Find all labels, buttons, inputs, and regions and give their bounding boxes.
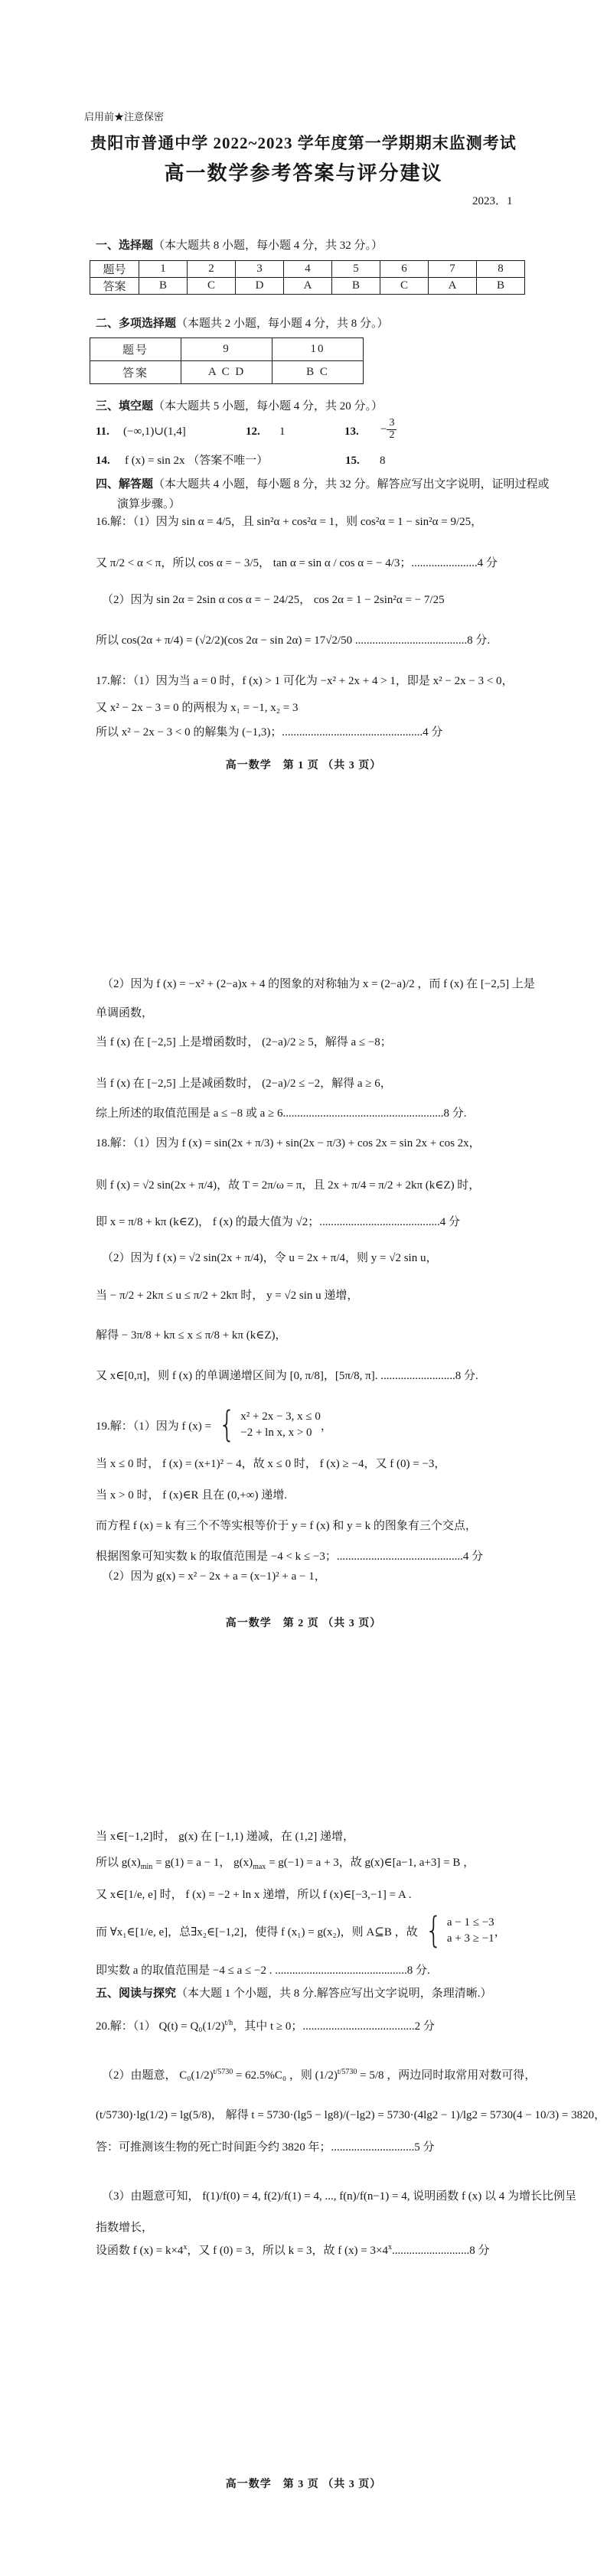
text-part: 设函数 f (x) = k×4 [96, 2245, 183, 2257]
answer-cell: A C D [181, 361, 272, 384]
piecewise-prefix: 19.解：（1）因为 f (x) = [96, 1417, 211, 1433]
question-number: 8 [477, 261, 525, 278]
fraction-numerator: 3 [387, 418, 397, 430]
answer-cell: B C [272, 361, 364, 384]
inequality-system-line: 而 ∀x₁∈[1/e, e]，总∃x₂∈[−1,2]，使得 f (x₁) = g… [96, 1915, 506, 1947]
solution-line: 当 − π/2 + 2kπ ≤ u ≤ π/2 + 2kπ 时， y = √2 … [96, 1288, 358, 1303]
solution-line: (t/5730)·lg(1/2) = lg(5/8)， 解得 t = 5730·… [96, 2108, 605, 2123]
section-1-title: 一、选择题 [96, 240, 153, 252]
section-4-subtext: （本大题共 4 小题，每小题 8 分，共 32 分。解答应写出文字说明，证明过程… [153, 478, 550, 491]
blank-12-number: 12. [246, 424, 260, 439]
text-part: = g(1) = a − 1， g(x) [152, 1857, 253, 1869]
section-5-title: 五、阅读与探究 [96, 1987, 176, 2000]
section-3-subtext: （本大题共 5 小题，每小题 4 分，共 20 分。） [153, 400, 383, 412]
answer-cell: A [429, 278, 477, 295]
single-choice-answer-table: 题号 1 2 3 4 5 6 7 8 答案 B C D A B C A B [90, 260, 525, 295]
answer-cell: C [380, 278, 429, 295]
question-number: 6 [380, 261, 429, 278]
page-2-footer: 高一数学 第 2 页 （共 3 页） [0, 1615, 607, 1630]
question-number: 9 [181, 338, 272, 361]
blank-11-number: 11. [96, 424, 109, 439]
solution-line-exponent: 设函数 f (x) = k×4x，又 f (0) = 3，所以 k = 3，故 … [96, 2243, 489, 2258]
piecewise-cases: x² + 2x − 3, x ≤ 0 −2 + ln x, x > 0 [240, 1409, 321, 1441]
text-part: = g(−1) = a + 3，故 g(x)∈[a−1, a+3] = B ， [266, 1857, 475, 1869]
text-part: = 5/8 ，两边同时取常用对数可得， [357, 2069, 536, 2082]
solution-line: 综上所述的取值范围是 a ≤ −8 或 a ≥ 6...............… [96, 1106, 467, 1121]
solution-line: 又 π/2 < α < π，所以 cos α = − 3/5， tan α = … [96, 556, 498, 571]
solution-line-exponent: （2）由题意， C₀(1/2)t/5730 = 62.5%C₀ ，则 (1/2)… [102, 2068, 536, 2083]
solution-line: （2）因为 g(x) = x² − 2x + a = (x−1)² + a − … [102, 1569, 326, 1584]
answer-key-document: 启用前★注意保密 贵阳市普通中学 2022~2023 学年度第一学期期末监测考试… [0, 0, 607, 2576]
answer-label: 答案 [90, 361, 181, 384]
solution-line: 而方程 f (x) = k 有三个不等实根等价于 y = f (x) 和 y =… [96, 1518, 477, 1534]
exam-title: 贵阳市普通中学 2022~2023 学年度第一学期期末监测考试 [0, 131, 607, 154]
exponent: t/h [225, 2019, 233, 2027]
solution-line: 又 x∈[1/e, e] 时， f (x) = −2 + ln x 递增，所以 … [96, 1887, 412, 1903]
blank-13-number: 13. [344, 424, 359, 439]
text-part: 所以 g(x) [96, 1857, 141, 1869]
question-number: 10 [272, 338, 364, 361]
solution-line: 指数增长， [96, 2220, 153, 2235]
security-notice: 启用前★注意保密 [84, 110, 164, 123]
section-3-heading: 三、填空题（本大题共 5 小题，每小题 4 分，共 20 分。） [96, 399, 383, 414]
solution-line-exponent: 20.解：（1） Q(t) = Q₀(1/2)t/h，其中 t ≥ 0；....… [96, 2019, 435, 2034]
text-part: = 62.5%C₀ ，则 (1/2) [233, 2069, 338, 2082]
system-case-top: a − 1 ≤ −3 [447, 1915, 494, 1931]
solution-line: 则 f (x) = √2 sin(2x + π/4)，故 T = 2π/ω = … [96, 1178, 480, 1193]
page-3-footer: 高一数学 第 3 页 （共 3 页） [0, 2476, 607, 2491]
solution-line: 17.解：（1）因为当 a = 0 时，f (x) > 1 可化为 −x² + … [96, 673, 514, 689]
answer-cell: A [284, 278, 332, 295]
text-part: ...........................8 分 [392, 2245, 490, 2257]
minus-sign: − [380, 422, 387, 437]
section-1-heading: 一、选择题（本大题共 8 小题，每小题 4 分，共 32 分。） [96, 238, 383, 253]
solution-line: 当 f (x) 在 [−2,5] 上是增函数时， (2−a)/2 ≥ 5，解得 … [96, 1035, 392, 1050]
solution-line: 当 x > 0 时， f (x)∈R 且在 (0,+∞) 递增. [96, 1488, 287, 1503]
piecewise-case-bottom: −2 + ln x, x > 0 [240, 1425, 321, 1441]
answer-cell: C [188, 278, 236, 295]
answer-cell: B [139, 278, 188, 295]
text-part: ，其中 t ≥ 0；..............................… [233, 2020, 435, 2033]
left-brace: { [219, 1409, 236, 1440]
solution-line: 又 x∈[0,π]，则 f (x) 的单调递增区间为 [0, π/8]，[5π/… [96, 1368, 478, 1384]
subscript-max: max [253, 1863, 266, 1871]
solution-line: （2）因为 f (x) = √2 sin(2x + π/4)，令 u = 2x … [102, 1251, 437, 1266]
table-row: 题号 9 10 [90, 338, 364, 361]
section-4-title: 四、解答题 [96, 478, 153, 491]
exponent: t/5730 [214, 2068, 233, 2076]
section-2-heading: 二、多项选择题（本题共 2 小题，每小题 4 分，共 8 分。） [96, 316, 389, 331]
system-suffix: ， [494, 1923, 506, 1939]
section-4-heading-cont: 演算步骤。） [117, 497, 181, 512]
fraction-denominator: 2 [387, 430, 397, 442]
solution-line: 所以 x² − 2x − 3 < 0 的解集为 (−1,3)；.........… [96, 725, 442, 740]
piecewise-suffix: ， [321, 1417, 332, 1433]
system-prefix: 而 ∀x₁∈[1/e, e]，总∃x₂∈[−1,2]，使得 f (x₁) = g… [96, 1923, 418, 1939]
solution-line: 16.解：（1）因为 sin α = 4/5，且 sin²α + cos²α =… [96, 514, 482, 530]
exponent: t/5730 [338, 2068, 357, 2076]
subscript-min: min [141, 1863, 153, 1871]
blank-11-answer: (−∞,1)∪(1,4] [123, 424, 186, 439]
solution-line-minmax: 所以 g(x)min = g(1) = a − 1， g(x)max = g(−… [96, 1855, 475, 1870]
blank-14-number: 14. [96, 453, 110, 468]
question-number: 1 [139, 261, 188, 278]
blank-15-number: 15. [345, 453, 360, 468]
table-row: 答案 A C D B C [90, 361, 364, 384]
table-row: 题号 1 2 3 4 5 6 7 8 [90, 261, 525, 278]
exam-date: 2023．1 [472, 194, 513, 209]
question-number: 4 [284, 261, 332, 278]
question-number: 5 [332, 261, 380, 278]
solution-line: 答：可推测该生物的死亡时间距今约 3820 年；................… [96, 2140, 435, 2155]
section-3-title: 三、填空题 [96, 400, 153, 412]
answer-cell: B [477, 278, 525, 295]
piecewise-function-line: 19.解：（1）因为 f (x) = { x² + 2x − 3, x ≤ 0 … [96, 1409, 332, 1441]
section-2-title: 二、多项选择题 [96, 318, 176, 330]
solution-line: （2）因为 sin 2α = 2sin α cos α = − 24/25， c… [102, 592, 445, 608]
section-5-heading: 五、阅读与探究（本大题 1 个小题，共 8 分.解答应写出文字说明，条理清晰.） [96, 1986, 492, 2001]
blank-15-answer: 8 [380, 453, 386, 468]
solution-line: 18.解：（1）因为 f (x) = sin(2x + π/3) + sin(2… [96, 1136, 481, 1151]
question-number: 2 [188, 261, 236, 278]
solution-line: 当 x∈[−1,2]时， g(x) 在 [−1,1) 递减，在 (1,2] 递增… [96, 1829, 354, 1844]
fraction: 32 [387, 418, 397, 441]
blank-12-answer: 1 [279, 424, 286, 439]
text-part: ，又 f (0) = 3，所以 k = 3，故 f (x) = 3×4 [187, 2245, 388, 2257]
blank-13-answer: −32 [380, 418, 397, 441]
question-number: 3 [236, 261, 284, 278]
answer-cell: B [332, 278, 380, 295]
text-part: 20.解：（1） Q(t) = Q₀(1/2) [96, 2020, 225, 2033]
answer-cell: D [236, 278, 284, 295]
solution-line: 解得 − 3π/8 + kπ ≤ x ≤ π/8 + kπ (k∈Z)， [96, 1328, 286, 1343]
solution-line: 单调函数， [96, 1006, 153, 1021]
blank-14-answer: f (x) = sin 2x （答案不唯一） [125, 453, 268, 468]
question-number: 7 [429, 261, 477, 278]
left-brace: { [425, 1915, 442, 1946]
answer-label: 答案 [90, 278, 139, 295]
system-cases: a − 1 ≤ −3 a + 3 ≥ −1 [447, 1915, 494, 1947]
solution-line: 所以 cos(2α + π/4) = (√2/2)(cos 2α − sin 2… [96, 633, 490, 648]
solution-line: 当 x ≤ 0 时， f (x) = (x+1)² − 4，故 x ≤ 0 时，… [96, 1456, 445, 1472]
page-1-footer: 高一数学 第 1 页 （共 3 页） [0, 757, 607, 772]
section-5-subtext: （本大题 1 个小题，共 8 分.解答应写出文字说明，条理清晰.） [176, 1987, 492, 2000]
answer-key-title: 高一数学参考答案与评分建议 [0, 158, 607, 186]
multi-choice-answer-table: 题号 9 10 答案 A C D B C [90, 337, 364, 384]
solution-line: 即实数 a 的取值范围是 −4 ≤ a ≤ −2 . .............… [96, 1963, 430, 1978]
solution-line: （2）因为 f (x) = −x² + (2−a)x + 4 的图象的对称轴为 … [102, 977, 535, 992]
text-part: （2）由题意， C₀(1/2) [102, 2069, 214, 2082]
section-1-subtext: （本大题共 8 小题，每小题 4 分，共 32 分。） [153, 240, 383, 252]
system-case-bottom: a + 3 ≥ −1 [447, 1931, 494, 1947]
section-4-heading: 四、解答题（本大题共 4 小题，每小题 8 分，共 32 分。解答应写出文字说明… [96, 477, 550, 492]
section-2-subtext: （本题共 2 小题，每小题 4 分，共 8 分。） [176, 318, 389, 330]
solution-line: 即 x = π/8 + kπ (k∈Z)， f (x) 的最大值为 √2；...… [96, 1215, 460, 1230]
solution-line: （3）由题意可知， f(1)/f(0) = 4, f(2)/f(1) = 4, … [102, 2189, 576, 2204]
solution-line: 又 x² − 2x − 3 = 0 的两根为 x₁ = −1, x₂ = 3 [96, 700, 298, 716]
solution-line: 当 f (x) 在 [−2,5] 上是减函数时， (2−a)/2 ≤ −2，解得… [96, 1076, 392, 1091]
question-number-label: 题号 [90, 261, 139, 278]
question-number-label: 题号 [90, 338, 181, 361]
piecewise-case-top: x² + 2x − 3, x ≤ 0 [240, 1409, 321, 1425]
solution-line: 根据图象可知实数 k 的取值范围是 −4 < k ≤ −3；..........… [96, 1549, 483, 1564]
table-row: 答案 B C D A B C A B [90, 278, 525, 295]
